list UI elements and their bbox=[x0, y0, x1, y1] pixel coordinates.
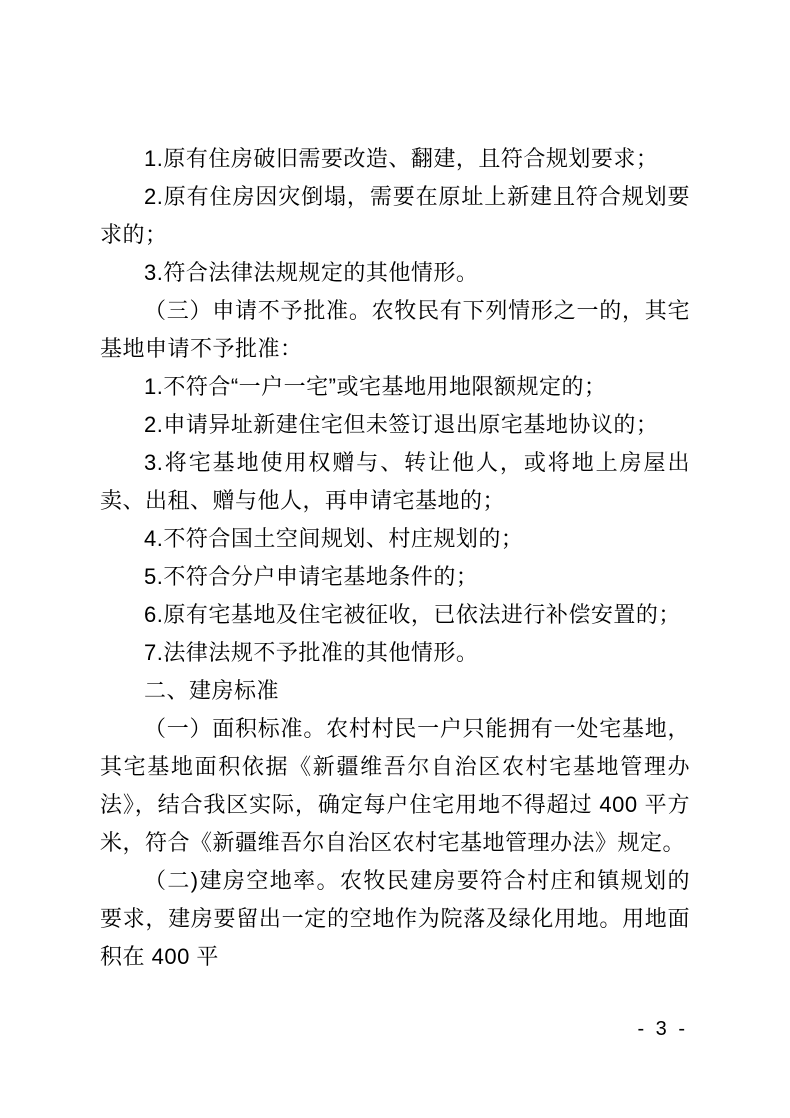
document-page: 1.原有住房破旧需要改造、翻建，且符合规划要求； 2.原有住房因灾倒塌，需要在原… bbox=[0, 0, 790, 1118]
paragraph: （三）申请不予批准。农牧民有下列情形之一的，其宅基地申请不予批准： bbox=[100, 292, 690, 368]
section-heading: 二、建房标准 bbox=[100, 672, 690, 710]
paragraph: 6.原有宅基地及住宅被征收，已依法进行补偿安置的； bbox=[100, 596, 690, 634]
page-number: - 3 - bbox=[637, 1014, 688, 1044]
paragraph: 5.不符合分户申请宅基地条件的； bbox=[100, 558, 690, 596]
paragraph: 7.法律法规不予批准的其他情形。 bbox=[100, 634, 690, 672]
paragraph: 4.不符合国土空间规划、村庄规划的； bbox=[100, 520, 690, 558]
paragraph: 2.原有住房因灾倒塌，需要在原址上新建且符合规划要求的； bbox=[100, 178, 690, 254]
paragraph: 2.申请异址新建住宅但未签订退出原宅基地协议的； bbox=[100, 406, 690, 444]
paragraph: 1.原有住房破旧需要改造、翻建，且符合规划要求； bbox=[100, 140, 690, 178]
paragraph: 3.符合法律法规规定的其他情形。 bbox=[100, 254, 690, 292]
document-body: 1.原有住房破旧需要改造、翻建，且符合规划要求； 2.原有住房因灾倒塌，需要在原… bbox=[100, 140, 690, 976]
paragraph: （二)建房空地率。农牧民建房要符合村庄和镇规划的要求，建房要留出一定的空地作为院… bbox=[100, 862, 690, 976]
paragraph: （一）面积标准。农村村民一户只能拥有一处宅基地，其宅基地面积依据《新疆维吾尔自治… bbox=[100, 710, 690, 862]
paragraph: 3.将宅基地使用权赠与、转让他人，或将地上房屋出卖、出租、赠与他人，再申请宅基地… bbox=[100, 444, 690, 520]
paragraph: 1.不符合“一户一宅”或宅基地用地限额规定的； bbox=[100, 368, 690, 406]
